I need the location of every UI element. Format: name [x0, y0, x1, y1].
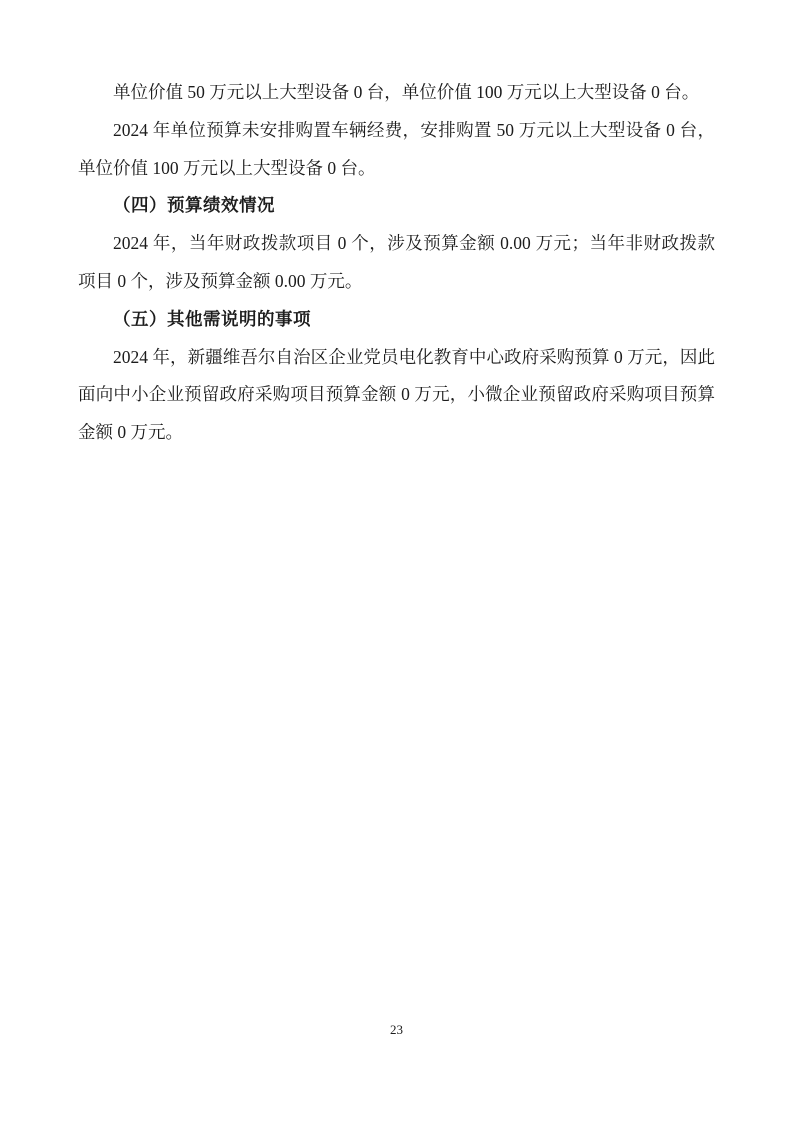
paragraph-procurement-budget: 2024 年，新疆维吾尔自治区企业党员电化教育中心政府采购预算 0 万元，因此面… [78, 339, 715, 452]
document-body: 单位价值 50 万元以上大型设备 0 台，单位价值 100 万元以上大型设备 0… [78, 74, 715, 452]
paragraph-vehicle-budget: 2024 年单位预算未安排购置车辆经费，安排购置 50 万元以上大型设备 0 台… [78, 112, 715, 188]
paragraph-budget-performance-detail: 2024 年，当年财政拨款项目 0 个，涉及预算金额 0.00 万元；当年非财政… [78, 225, 715, 301]
section-heading-budget-performance: （四）预算绩效情况 [78, 187, 715, 225]
page-number: 23 [0, 1022, 793, 1038]
paragraph-equipment-values: 单位价值 50 万元以上大型设备 0 台，单位价值 100 万元以上大型设备 0… [78, 74, 715, 112]
section-heading-other-matters: （五）其他需说明的事项 [78, 301, 715, 339]
document-page: 单位价值 50 万元以上大型设备 0 台，单位价值 100 万元以上大型设备 0… [0, 0, 793, 1122]
